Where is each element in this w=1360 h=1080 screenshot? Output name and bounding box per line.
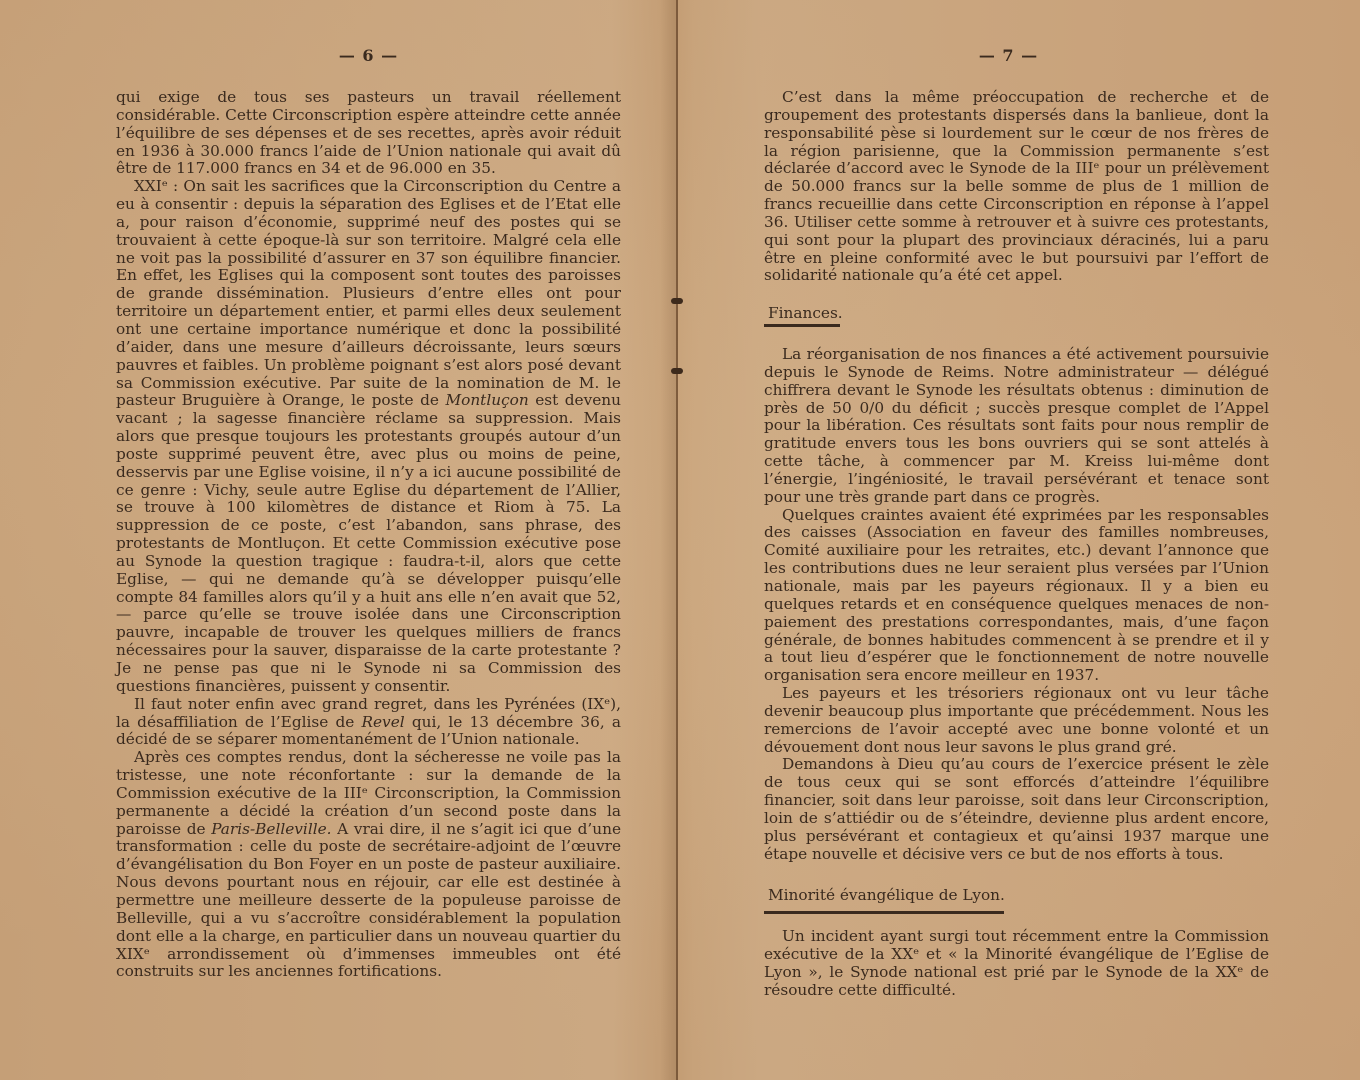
staple-icon	[671, 368, 683, 374]
left-page-body: qui exige de tous ses pasteurs un travai…	[116, 89, 621, 981]
place-name-italic: Paris-Belleville.	[211, 820, 331, 838]
finances-section-body: La réorganisation de nos finances a été …	[764, 346, 1269, 863]
paragraph: qui exige de tous ses pasteurs un travai…	[116, 89, 621, 178]
heading-underline	[764, 324, 840, 327]
intro-paragraph-block: C’est dans la même préoccupation de rech…	[764, 89, 1269, 285]
lyon-section-body: Un incident ayant surgi tout récemment e…	[764, 928, 1269, 999]
open-booklet-spread: — 6 — qui exige de tous ses pasteurs un …	[0, 0, 1360, 1080]
paragraph: Les payeurs et les trésoriers régionaux …	[764, 685, 1269, 756]
section-heading-finances: Finances.	[768, 304, 843, 322]
page-number: — 6 —	[116, 46, 621, 65]
paragraph: Demandons à Dieu qu’au cours de l’exerci…	[764, 756, 1269, 863]
heading-underline	[764, 911, 1004, 914]
paragraph: Il faut noter enfin avec grand regret, d…	[116, 696, 621, 750]
place-name-italic: Montluçon	[445, 391, 528, 409]
booklet-spine	[676, 0, 678, 1080]
paragraph: La réorganisation de nos finances a été …	[764, 346, 1269, 507]
paragraph: XXIᵉ : On sait les sacrifices que la Cir…	[116, 178, 621, 695]
paragraph: Quelques craintes avaient été exprimées …	[764, 507, 1269, 685]
staple-icon	[671, 298, 683, 304]
paragraph: Après ces comptes rendus, dont la sécher…	[116, 749, 621, 981]
page-number: — 7 —	[756, 46, 1261, 65]
section-heading-lyon: Minorité évangélique de Lyon.	[768, 886, 1005, 904]
paragraph: C’est dans la même préoccupation de rech…	[764, 89, 1269, 285]
place-name-italic: Revel	[361, 713, 404, 731]
paragraph: Un incident ayant surgi tout récemment e…	[764, 928, 1269, 999]
